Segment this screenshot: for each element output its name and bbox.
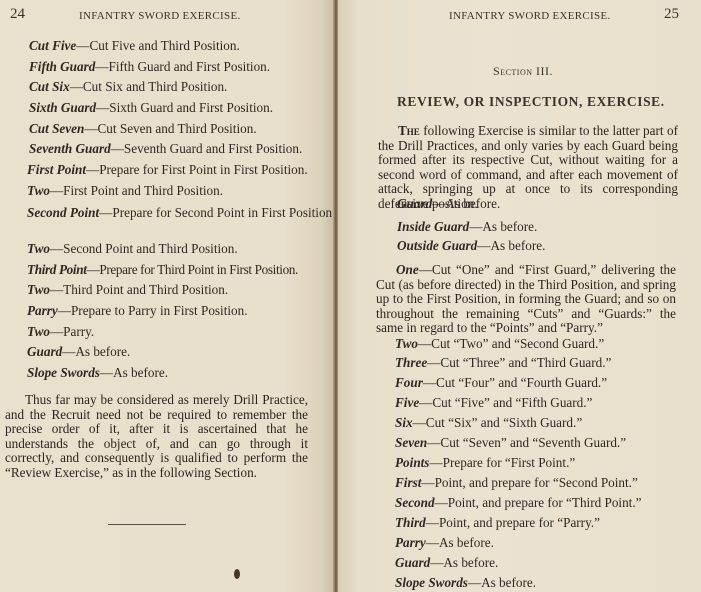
command-name: Cut Seven xyxy=(29,121,84,136)
command-name: Seven xyxy=(395,435,427,450)
command-text: —Point, and prepare for “Second Point.” xyxy=(421,475,637,490)
command-name: Slope Swords xyxy=(395,575,468,590)
drill-entry: Cut Six—Cut Six and Third Position. xyxy=(29,79,227,94)
command-text: —As before. xyxy=(468,575,536,590)
exercise-entry: Five—Cut “Five” and “Fifth Guard.” xyxy=(395,395,592,410)
command-text: —As before. xyxy=(469,219,537,234)
exercise-entry: Guard—As before. xyxy=(395,555,498,570)
drill-entry: Second Point—Prepare for Second Point in… xyxy=(27,205,334,220)
command-name: Two xyxy=(27,324,50,339)
drill-entry: Parry—Prepare to Parry in First Position… xyxy=(27,303,248,318)
exercise-entry: Slope Swords—As before. xyxy=(395,575,536,590)
command-text: —Cut Five and Third Position. xyxy=(76,38,240,53)
command-text: —As before. xyxy=(426,535,494,550)
drill-entry: Two—Third Point and Third Position. xyxy=(27,282,228,297)
drill-entry: Slope Swords—As before. xyxy=(27,365,168,380)
command-name: Two xyxy=(27,183,50,198)
drill-entry: Third Point—Prepare for Third Point in F… xyxy=(27,262,298,277)
command-name: One xyxy=(396,262,419,277)
command-text: —First Point and Third Position. xyxy=(50,183,223,198)
exercise-entry: Seven—Cut “Seven” and “Seventh Guard.” xyxy=(395,435,626,450)
left-page: 24 INFANTRY SWORD EXERCISE. Cut Five—Cut… xyxy=(0,0,334,592)
command-name: Slope Swords xyxy=(27,365,100,380)
drill-entry: Guard—As before. xyxy=(27,344,130,359)
exercise-entry: Six—Cut “Six” and “Sixth Guard.” xyxy=(395,415,582,430)
command-text: —Cut Seven and Third Position. xyxy=(84,121,256,136)
exercise-entry: Inside Guard—As before. xyxy=(397,219,537,234)
drill-entry: Fifth Guard—Fifth Guard and First Positi… xyxy=(29,59,270,74)
command-text: —As before. xyxy=(432,196,500,211)
exercise-entry: Two—Cut “Two” and “Second Guard.” xyxy=(395,336,604,351)
drill-entry: Cut Seven—Cut Seven and Third Position. xyxy=(29,121,257,136)
command-text: —Prepare for Third Point in First Positi… xyxy=(87,262,298,277)
command-name: Cut Six xyxy=(29,79,70,94)
command-name: Second Point xyxy=(27,205,99,220)
exercise-entry: Four—Cut “Four” and “Fourth Guard.” xyxy=(395,375,607,390)
command-text: —Prepare for “First Point.” xyxy=(429,455,575,470)
right-page: INFANTRY SWORD EXERCISE. 25 Section III.… xyxy=(338,0,701,592)
command-text: —Prepare for First Point in First Positi… xyxy=(86,162,308,177)
command-name: Parry xyxy=(395,535,426,550)
drill-entry: Sixth Guard—Sixth Guard and First Positi… xyxy=(29,100,273,115)
command-name: Points xyxy=(395,455,429,470)
command-text: —Prepare for Second Point in First Posit… xyxy=(99,205,334,220)
section-label: Section III. xyxy=(493,64,553,79)
command-name: Five xyxy=(395,395,419,410)
one-entry-paragraph: One—Cut “One” and “First Guard,” deliver… xyxy=(376,263,676,336)
exercise-entry: Second—Point, and prepare for “Third Poi… xyxy=(395,495,641,510)
command-text: —Cut “Two” and “Second Guard.” xyxy=(418,336,604,351)
exercise-entry: Three—Cut “Three” and “Third Guard.” xyxy=(395,355,611,370)
command-name: Three xyxy=(395,355,427,370)
drill-entry: Two—First Point and Third Position. xyxy=(27,183,223,198)
command-text: —Cut “Seven” and “Seventh Guard.” xyxy=(427,435,626,450)
command-name: Six xyxy=(395,415,413,430)
command-text: —Third Point and Third Position. xyxy=(50,282,228,297)
command-name: Outside Guard xyxy=(397,238,477,253)
page-number-right: 25 xyxy=(664,6,679,23)
drill-entry: First Point—Prepare for First Point in F… xyxy=(27,162,308,177)
drill-entry: Seventh Guard—Seventh Guard and First Po… xyxy=(29,141,302,156)
command-text: —Cut Six and Third Position. xyxy=(70,79,228,94)
command-text: —Cut “One” and “First Guard,” delivering… xyxy=(376,262,676,335)
exercise-entry: Outside Guard—As before. xyxy=(397,238,545,253)
exercise-entry: Points—Prepare for “First Point.” xyxy=(395,455,575,470)
command-text: —Prepare to Parry in First Position. xyxy=(58,303,248,318)
exercise-entry: Third—Point, and prepare for “Parry.” xyxy=(395,515,600,530)
command-text: —Fifth Guard and First Position. xyxy=(95,59,270,74)
command-text: —Point, and prepare for “Parry.” xyxy=(426,515,600,530)
intro-lead: The xyxy=(398,123,420,138)
command-name: Third xyxy=(395,515,426,530)
command-name: Third Point xyxy=(27,262,87,277)
command-name: Guard xyxy=(27,344,62,359)
command-name: Cut Five xyxy=(29,38,76,53)
exercise-entry: First—Point, and prepare for “Second Poi… xyxy=(395,475,638,490)
command-text: —As before. xyxy=(430,555,498,570)
drill-entry: Cut Five—Cut Five and Third Position. xyxy=(29,38,240,53)
command-name: Second xyxy=(395,495,435,510)
command-text: —Cut “Four” and “Fourth Guard.” xyxy=(423,375,607,390)
section-title: REVIEW, OR INSPECTION, EXERCISE. xyxy=(397,94,665,110)
ink-blot xyxy=(234,569,240,579)
command-text: —Seventh Guard and First Position. xyxy=(111,141,303,156)
running-head-right: INFANTRY SWORD EXERCISE. xyxy=(449,10,611,22)
command-text: —Sixth Guard and First Position. xyxy=(96,100,273,115)
exercise-entry: Guard—As before. xyxy=(397,196,500,211)
command-name: First Point xyxy=(27,162,86,177)
command-name: First xyxy=(395,475,421,490)
command-text: —As before. xyxy=(100,365,168,380)
command-text: —As before. xyxy=(62,344,130,359)
page-number-left: 24 xyxy=(10,6,25,23)
command-text: —Point, and prepare for “Third Point.” xyxy=(435,495,642,510)
command-name: Guard xyxy=(397,196,432,211)
command-text: —Parry. xyxy=(50,324,94,339)
command-name: Inside Guard xyxy=(397,219,469,234)
section-end-rule xyxy=(108,524,186,525)
command-name: Four xyxy=(395,375,423,390)
command-name: Two xyxy=(27,241,50,256)
command-text: —Cut “Five” and “Fifth Guard.” xyxy=(419,395,592,410)
command-text: —Cut “Six” and “Sixth Guard.” xyxy=(413,415,583,430)
closing-paragraph: Thus far may be considered as merely Dri… xyxy=(5,393,308,481)
command-text: —Cut “Three” and “Third Guard.” xyxy=(427,355,611,370)
command-name: Seventh Guard xyxy=(29,141,111,156)
command-text: —As before. xyxy=(477,238,545,253)
exercise-entry: Parry—As before. xyxy=(395,535,494,550)
command-name: Sixth Guard xyxy=(29,100,96,115)
book-spread: 24 INFANTRY SWORD EXERCISE. Cut Five—Cut… xyxy=(0,0,701,592)
command-name: Fifth Guard xyxy=(29,59,95,74)
command-text: —Second Point and Third Position. xyxy=(50,241,238,256)
drill-entry: Two—Parry. xyxy=(27,324,94,339)
command-name: Guard xyxy=(395,555,430,570)
command-name: Parry xyxy=(27,303,58,318)
drill-entry: Two—Second Point and Third Position. xyxy=(27,241,238,256)
command-name: Two xyxy=(395,336,418,351)
running-head-left: INFANTRY SWORD EXERCISE. xyxy=(79,10,241,22)
command-name: Two xyxy=(27,282,50,297)
